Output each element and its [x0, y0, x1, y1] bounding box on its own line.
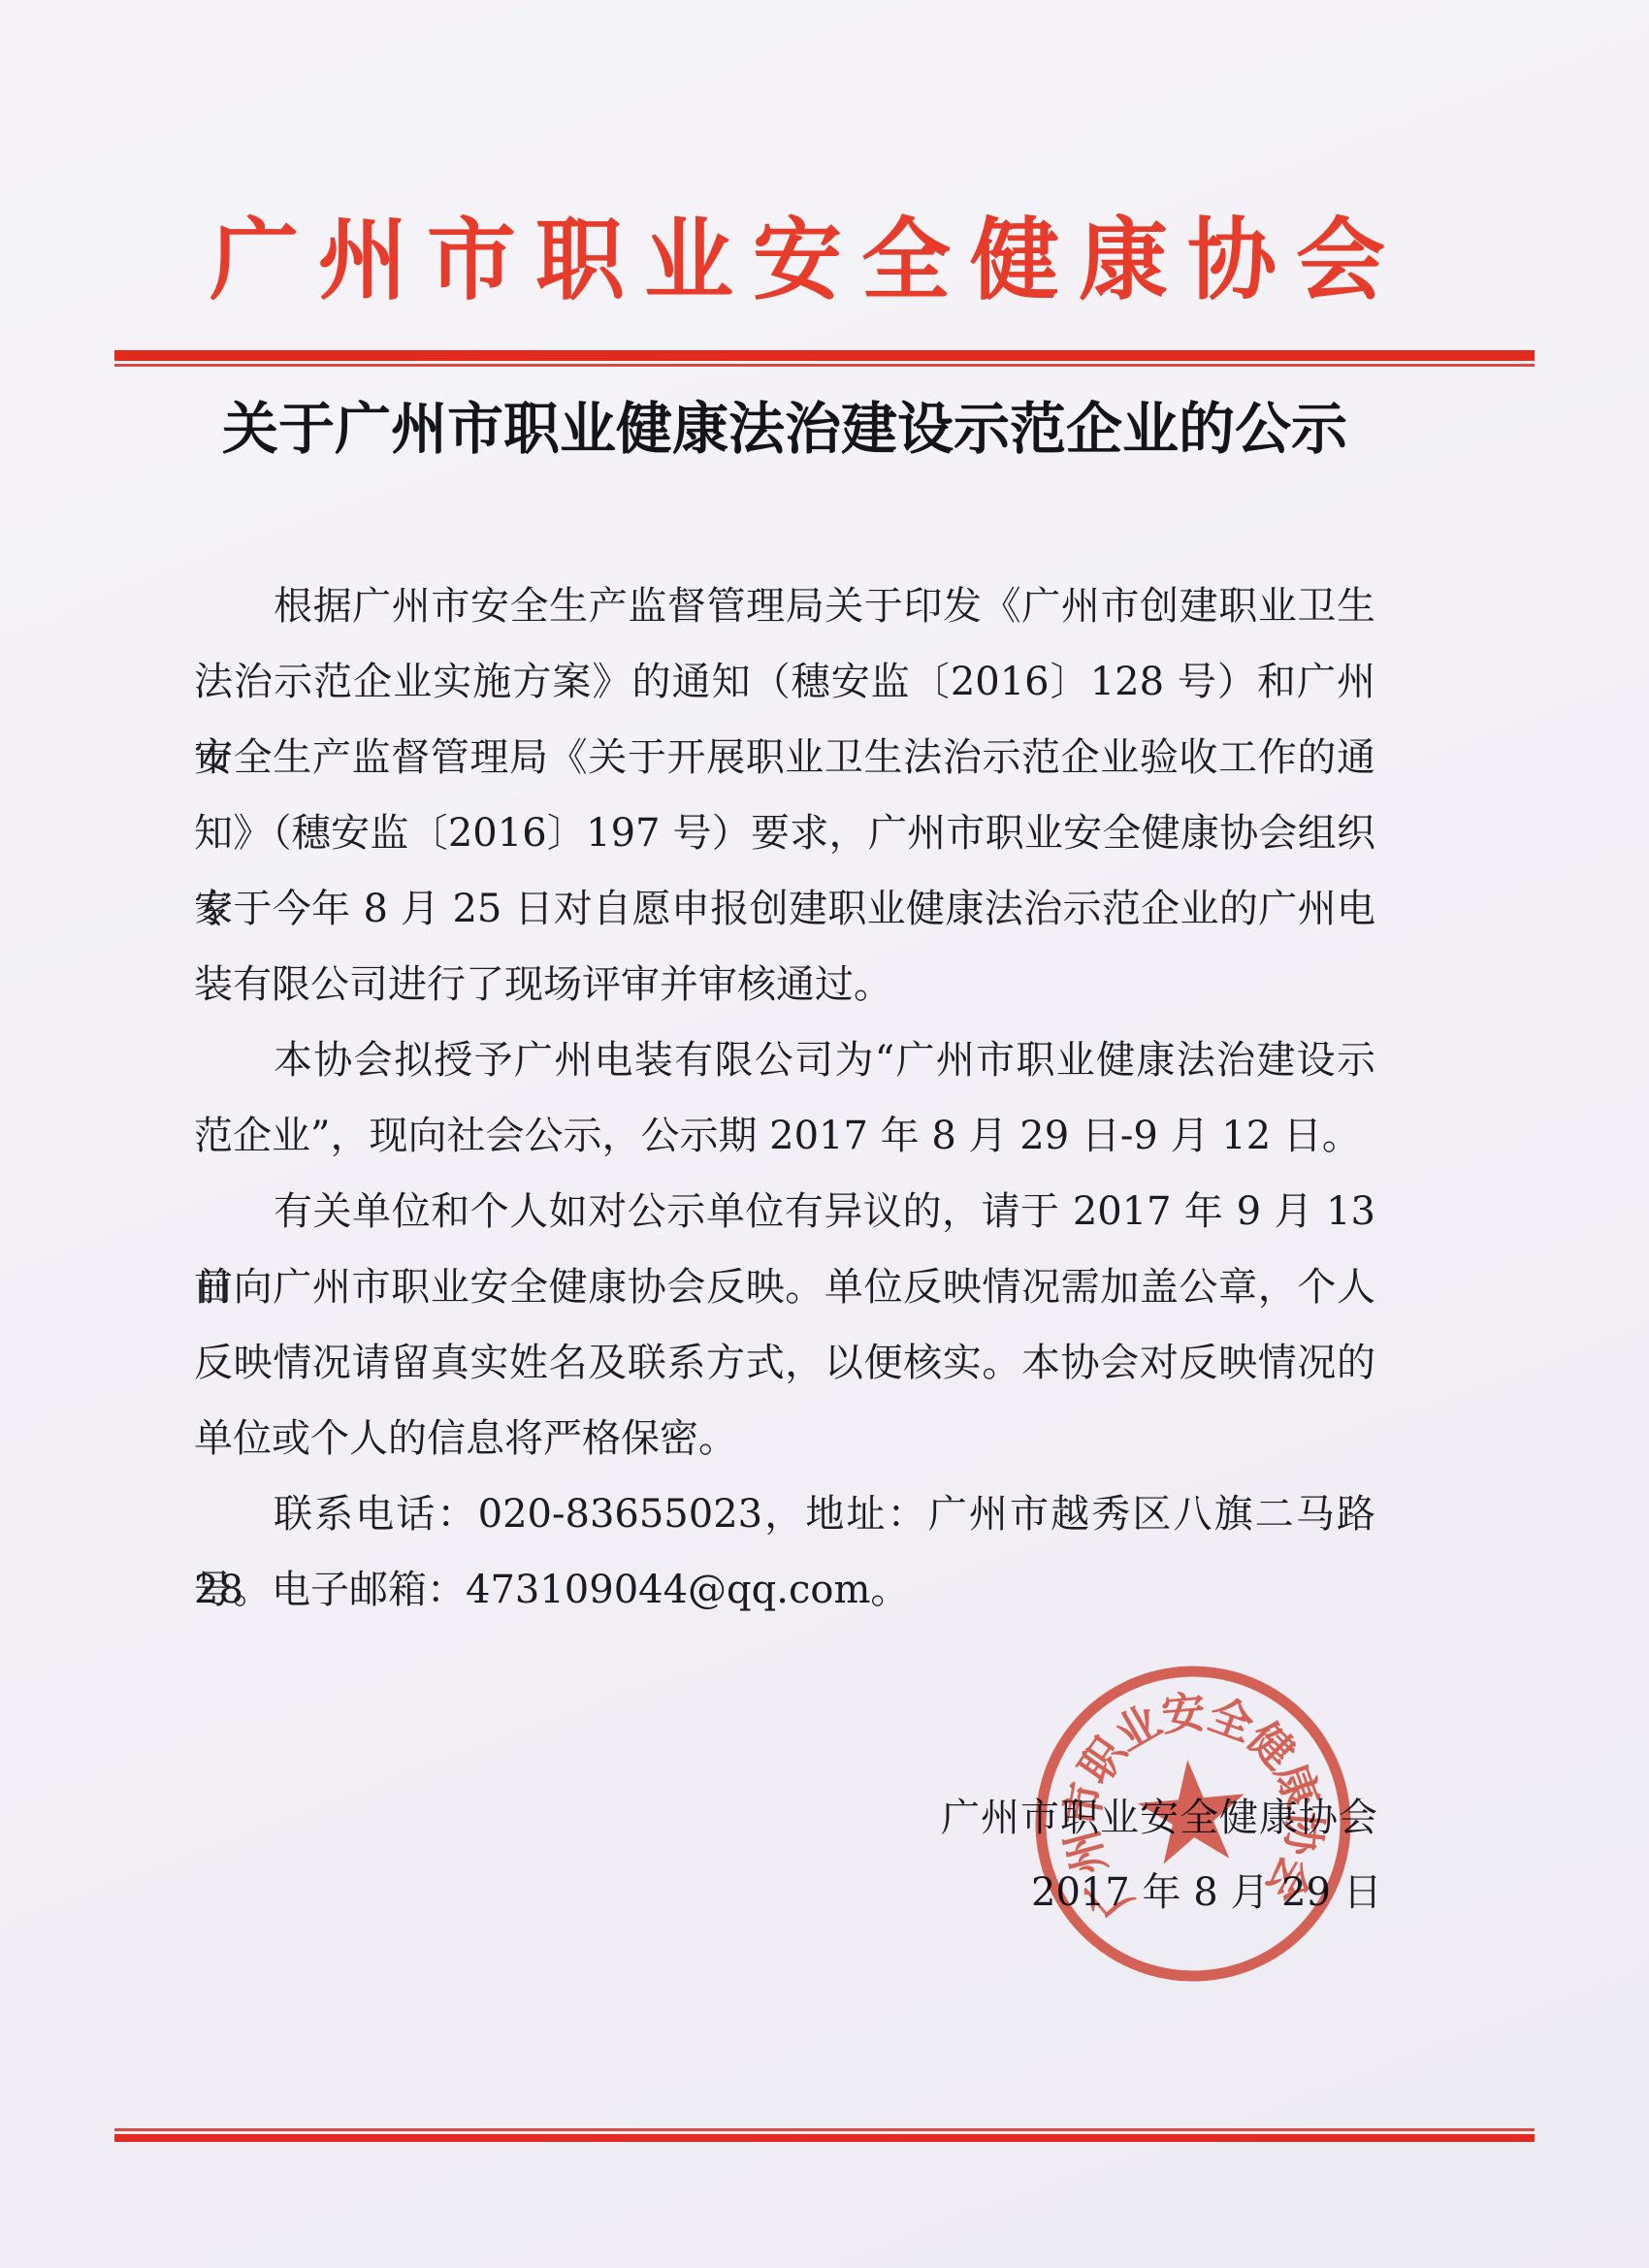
- body-line: 根据广州市安全生产监督管理局关于印发《广州市创建职业卫生: [194, 568, 1375, 644]
- divider-thick-line: [114, 2134, 1535, 2142]
- body-line: 号。电子邮箱：473109044@qq.com。: [194, 1552, 1375, 1628]
- official-seal-stamp: 广州市职业安全健康协会: [1018, 1649, 1368, 1998]
- document-title: 关于广州市职业健康法治建设示范企业的公示: [194, 398, 1375, 460]
- letterhead-divider-rule: [114, 350, 1535, 367]
- footer-divider-rule: [114, 2128, 1535, 2142]
- seal-group: 广州市职业安全健康协会: [1028, 1659, 1358, 1989]
- body-line: 安全生产监督管理局《关于开展职业卫生法治示范企业验收工作的通: [194, 720, 1375, 795]
- body-line: 单位或个人的信息将严格保密。: [194, 1401, 1375, 1476]
- divider-thin-line: [114, 364, 1535, 367]
- document-body: 根据广州市安全生产监督管理局关于印发《广州市创建职业卫生法治示范企业实施方案》的…: [194, 568, 1375, 1628]
- divider-thin-line: [114, 2128, 1535, 2131]
- seal-char: 安: [1159, 1686, 1207, 1741]
- divider-thick-line: [114, 350, 1535, 361]
- body-line: 有关单位和个人如对公示单位有异议的，请于 2017 年 9 月 13 日: [194, 1174, 1375, 1249]
- body-line: 前向广州市职业安全健康协会反映。单位反映情况需加盖公章，个人: [194, 1249, 1375, 1325]
- body-line: 法治示范企业实施方案》的通知（穗安监〔2016〕128 号）和广州市: [194, 644, 1375, 720]
- body-line: 本协会拟授予广州电装有限公司为“广州市职业健康法治建设示: [194, 1022, 1375, 1098]
- body-line: 范企业”，现向社会公示，公示期 2017 年 8 月 29 日-9 月 12 日…: [194, 1098, 1375, 1174]
- body-line: 装有限公司进行了现场评审并审核通过。: [194, 947, 1375, 1022]
- body-line: 反映情况请留真实姓名及联系方式，以便核实。本协会对反映情况的: [194, 1325, 1375, 1401]
- letterhead-org-name: 广州市职业安全健康协会: [0, 211, 1614, 308]
- body-line: 家于今年 8 月 25 日对自愿申报创建职业健康法治示范企业的广州电: [194, 871, 1375, 947]
- star-icon: [1134, 1755, 1249, 1865]
- body-line: 联系电话：020-83655023，地址：广州市越秀区八旗二马路 28: [194, 1476, 1375, 1552]
- body-line: 知》（穗安监〔2016〕197 号）要求，广州市职业安全健康协会组织专: [194, 795, 1375, 871]
- seal-char: 会: [1256, 1847, 1322, 1910]
